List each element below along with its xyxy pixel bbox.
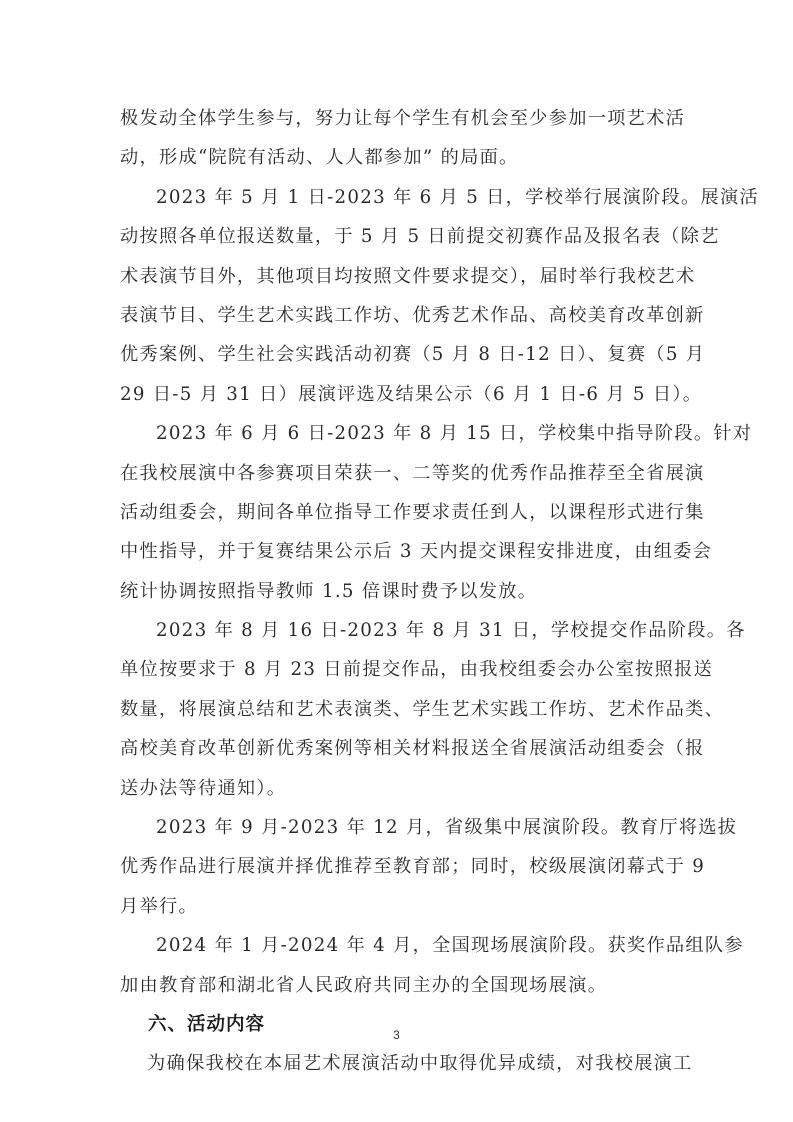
text-line: 优秀作品进行展演并择优推荐至教育部；同时，校级展演闭幕式于 9 xyxy=(120,847,675,886)
text-line: 单位按要求于 8 月 23 日前提交作品，由我校组委会办公室按照报送 xyxy=(120,650,675,689)
page-number: 3 xyxy=(0,1028,793,1042)
text-line: 表演节目、学生艺术实践工作坊、优秀艺术作品、高校美育改革创新 xyxy=(120,296,675,335)
paragraph-start-line: 2023 年 5 月 1 日-2023 年 6 月 5 日，学校举行展演阶段。展… xyxy=(120,178,675,217)
text-line: 月举行。 xyxy=(120,887,675,926)
paragraph-start-line: 为确保我校在本届艺术展演活动中取得优异成绩，对我校展演工 xyxy=(120,1044,675,1083)
paragraph-start-line: 2023 年 9 月-2023 年 12 月，省级集中展演阶段。教育厅将选拔 xyxy=(120,808,675,847)
text-line: 高校美育改革创新优秀案例等相关材料报送全省展演活动组委会（报 xyxy=(120,729,675,768)
document-page: 极发动全体学生参与，努力让每个学生有机会至少参加一项艺术活 动，形成“院院有活动… xyxy=(0,0,793,1122)
text-line: 动按照各单位报送数量，于 5 月 5 日前提交初赛作品及报名表（除艺 xyxy=(120,217,675,256)
text-line: 术表演节目外，其他项目均按照文件要求提交），届时举行我校艺术 xyxy=(120,257,675,296)
text-line: 加由教育部和湖北省人民政府共同主办的全国现场展演。 xyxy=(120,966,675,1005)
text-line: 统计协调按照指导教师 1.5 倍课时费予以发放。 xyxy=(120,572,675,611)
paragraph-start-line: 2023 年 6 月 6 日-2023 年 8 月 15 日，学校集中指导阶段。… xyxy=(120,414,675,453)
text-line: 活动组委会，期间各单位指导工作要求责任到人，以课程形式进行集 xyxy=(120,493,675,532)
text-line: 优秀案例、学生社会实践活动初赛（5 月 8 日-12 日）、复赛（5 月 xyxy=(120,335,675,374)
paragraph-start-line: 2024 年 1 月-2024 年 4 月，全国现场展演阶段。获奖作品组队参 xyxy=(120,926,675,965)
text-line: 中性指导，并于复赛结果公示后 3 天内提交课程安排进度，由组委会 xyxy=(120,532,675,571)
text-line: 极发动全体学生参与，努力让每个学生有机会至少参加一项艺术活 xyxy=(120,99,675,138)
text-line: 动，形成“院院有活动、人人都参加” 的局面。 xyxy=(120,138,675,177)
paragraph-start-line: 2023 年 8 月 16 日-2023 年 8 月 31 日，学校提交作品阶段… xyxy=(120,611,675,650)
text-line: 29 日-5 月 31 日）展演评选及结果公示（6 月 1 日-6 月 5 日）… xyxy=(120,375,675,414)
body-text: 极发动全体学生参与，努力让每个学生有机会至少参加一项艺术活 动，形成“院院有活动… xyxy=(120,99,675,1084)
text-line: 数量，将展演总结和艺术表演类、学生艺术实践工作坊、艺术作品类、 xyxy=(120,690,675,729)
text-line: 在我校展演中各参赛项目荣获一、二等奖的优秀作品推荐至全省展演 xyxy=(120,454,675,493)
text-line: 送办法等待通知）。 xyxy=(120,769,675,808)
